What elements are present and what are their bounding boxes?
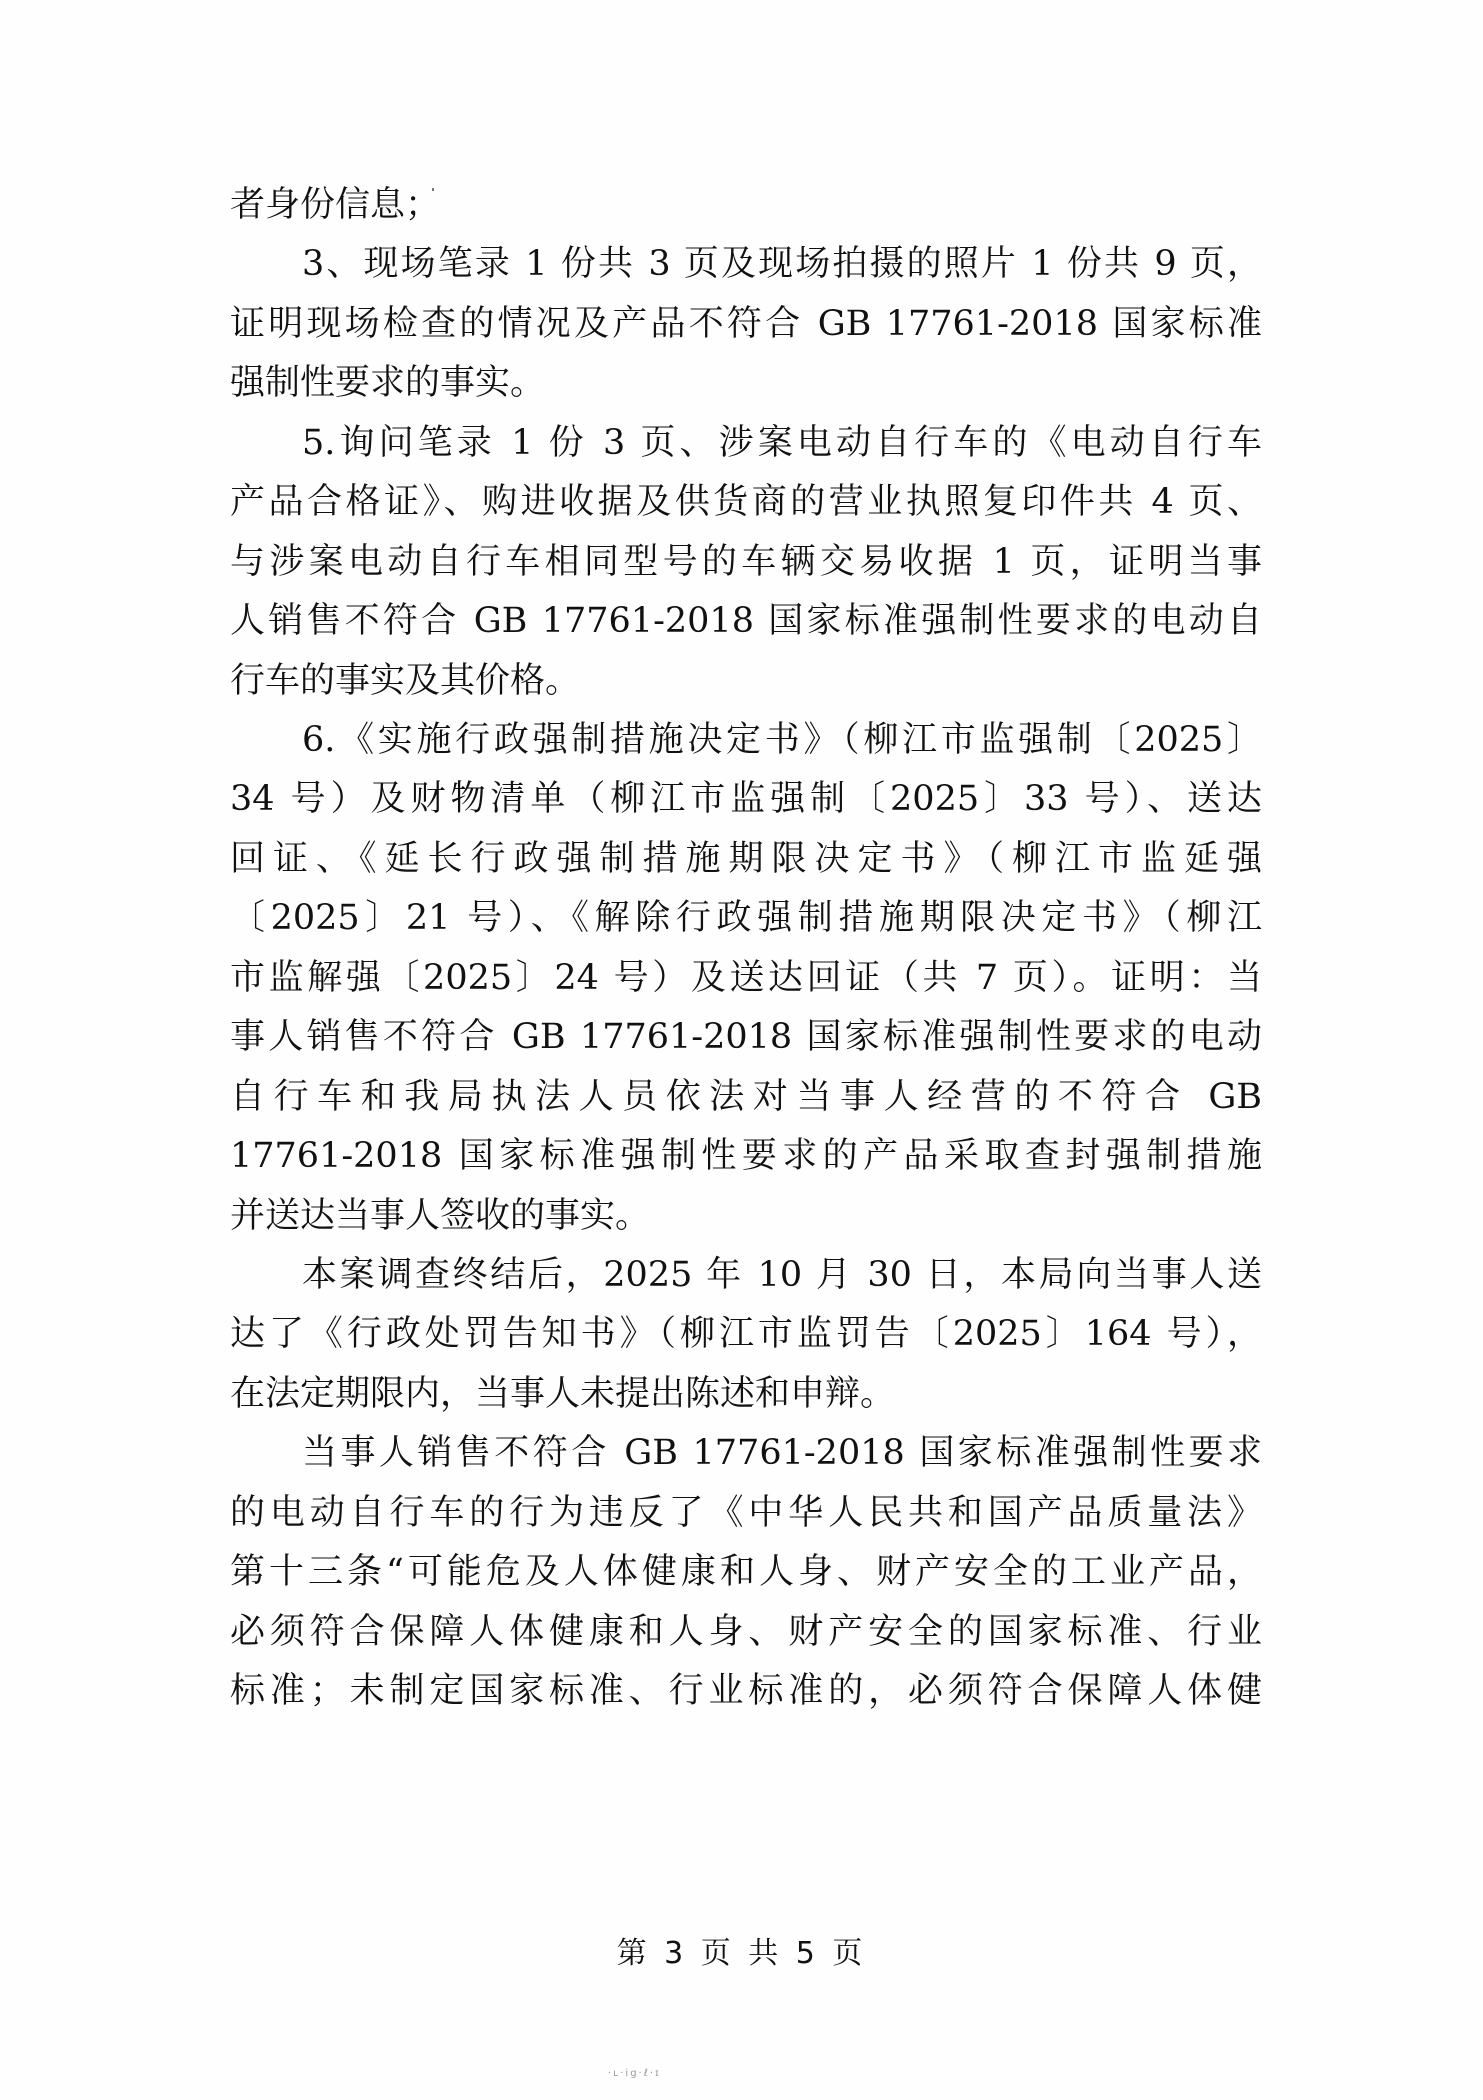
text-line: 达了《行政处罚告知书》（柳江市监罚告〔2025〕164 号）， (230, 1309, 1262, 1359)
text-line: 〔2025〕21 号）、《解除行政强制措施期限决定书》（柳江 (230, 893, 1262, 943)
text-line: 的电动自行车的行为违反了《中华人民共和国产品质量法》 (230, 1488, 1262, 1538)
text-line: 与涉案电动自行车相同型号的车辆交易收据 1 页，证明当事 (230, 537, 1262, 587)
document-page: 者身份信息；3、现场笔录 1 份共 3 页及现场拍摄的照片 1 份共 9 页，证… (0, 0, 1483, 2100)
text-line: 市监解强〔2025〕24 号）及送达回证（共 7 页）。证明：当 (230, 953, 1262, 1003)
text-line: 17761-2018 国家标准强制性要求的产品采取查封强制措施 (230, 1131, 1262, 1181)
text-line: 产品合格证》、购进收据及供货商的营业执照复印件共 4 页、 (230, 477, 1262, 527)
text-line: 事人销售不符合 GB 17761-2018 国家标准强制性要求的电动 (230, 1012, 1262, 1062)
text-line: 标准；未制定国家标准、行业标准的，必须符合保障人体健 (230, 1666, 1262, 1716)
text-line: 3、现场笔录 1 份共 3 页及现场拍摄的照片 1 份共 9 页， (302, 239, 1262, 289)
text-line: 强制性要求的事实。 (230, 358, 1262, 408)
text-line: 自行车和我局执法人员依法对当事人经营的不符合 GB (230, 1072, 1262, 1122)
text-line: 在法定期限内，当事人未提出陈述和申辩。 (230, 1369, 1262, 1419)
scan-speck (432, 188, 434, 191)
text-line: 5.询问笔录 1 份 3 页、涉案电动自行车的《电动自行车 (302, 418, 1262, 468)
scan-artifact: ·ʟ·ig·ℓ·ɪ (608, 2068, 678, 2082)
scan-speck (557, 1690, 559, 1693)
text-line: 证明现场检查的情况及产品不符合 GB 17761-2018 国家标准 (230, 299, 1262, 349)
text-line: 第十三条“可能危及人体健康和人身、财产安全的工业产品， (230, 1547, 1262, 1597)
page-number-footer: 第 3 页 共 5 页 (0, 1932, 1483, 1976)
text-line: 行车的事实及其价格。 (230, 656, 1262, 706)
text-line: 并送达当事人签收的事实。 (230, 1191, 1262, 1241)
text-line: 当事人销售不符合 GB 17761-2018 国家标准强制性要求 (302, 1428, 1262, 1478)
text-line: 者身份信息； (230, 180, 1262, 230)
text-line: 34 号）及财物清单（柳江市监强制〔2025〕33 号）、送达 (230, 774, 1262, 824)
text-line: 回证、《延长行政强制措施期限决定书》（柳江市监延强 (230, 834, 1262, 884)
text-line: 必须符合保障人体健康和人身、财产安全的国家标准、行业 (230, 1607, 1262, 1657)
text-line: 本案调查终结后，2025 年 10 月 30 日，本局向当事人送 (302, 1250, 1262, 1300)
text-line: 人销售不符合 GB 17761-2018 国家标准强制性要求的电动自 (230, 596, 1262, 646)
text-line: 6.《实施行政强制措施决定书》（柳江市监强制〔2025〕 (302, 715, 1262, 765)
